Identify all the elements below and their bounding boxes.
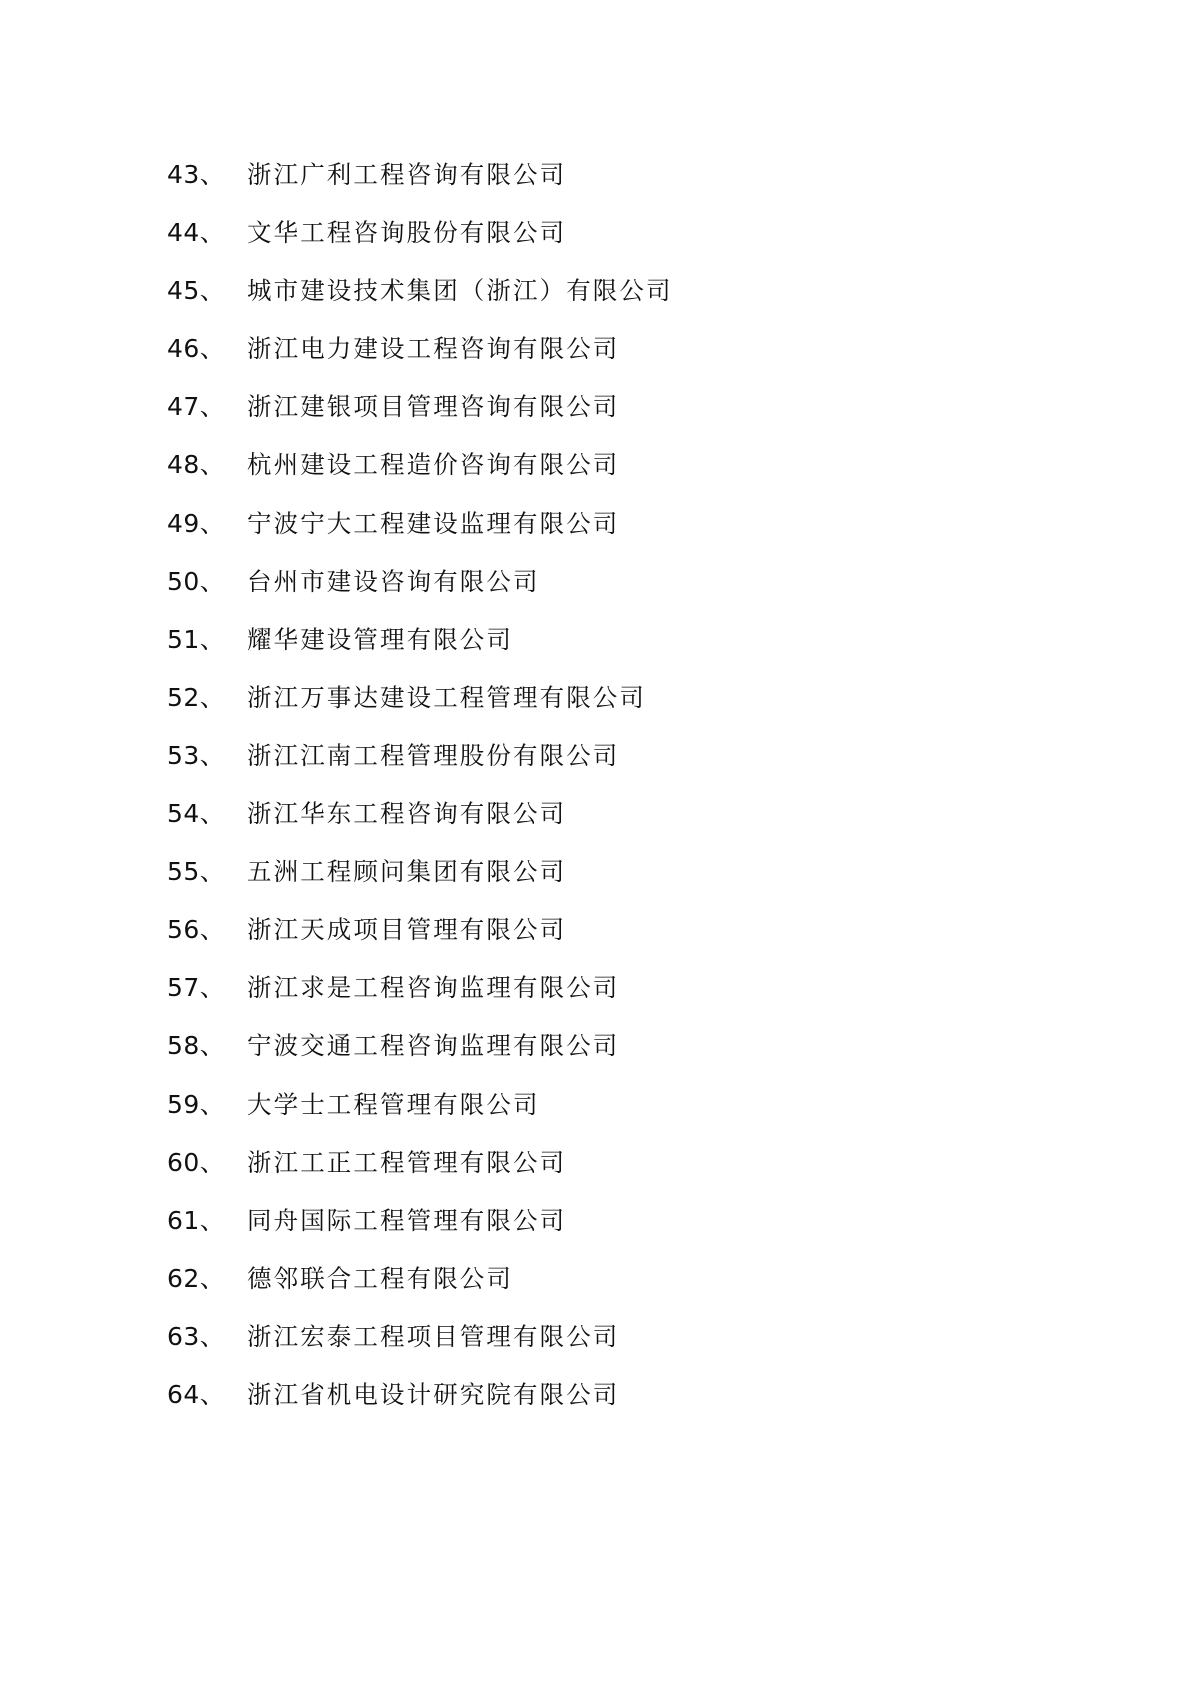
company-name: 大学士工程管理有限公司	[247, 1087, 540, 1123]
company-name: 台州市建设咨询有限公司	[247, 564, 540, 600]
company-name: 宁波宁大工程建设监理有限公司	[247, 506, 619, 542]
list-item: 58、宁波交通工程咨询监理有限公司	[167, 1028, 673, 1086]
item-number: 45、	[167, 273, 247, 309]
company-name: 浙江江南工程管理股份有限公司	[247, 738, 619, 774]
company-name: 浙江宏泰工程项目管理有限公司	[247, 1319, 619, 1355]
company-name: 浙江省机电设计研究院有限公司	[247, 1377, 619, 1413]
list-item: 60、浙江工正工程管理有限公司	[167, 1145, 673, 1203]
list-item: 50、台州市建设咨询有限公司	[167, 564, 673, 622]
list-item: 46、浙江电力建设工程咨询有限公司	[167, 331, 673, 389]
item-number: 58、	[167, 1028, 247, 1064]
company-name: 文华工程咨询股份有限公司	[247, 215, 566, 251]
item-number: 61、	[167, 1203, 247, 1239]
company-name: 浙江广利工程咨询有限公司	[247, 157, 566, 193]
list-item: 56、浙江天成项目管理有限公司	[167, 912, 673, 970]
list-item: 59、大学士工程管理有限公司	[167, 1087, 673, 1145]
list-item: 63、浙江宏泰工程项目管理有限公司	[167, 1319, 673, 1377]
list-item: 45、城市建设技术集团（浙江）有限公司	[167, 273, 673, 331]
company-name: 同舟国际工程管理有限公司	[247, 1203, 566, 1239]
item-number: 46、	[167, 331, 247, 367]
list-item: 44、文华工程咨询股份有限公司	[167, 215, 673, 273]
item-number: 59、	[167, 1087, 247, 1123]
item-number: 55、	[167, 854, 247, 890]
item-number: 51、	[167, 622, 247, 658]
list-item: 61、同舟国际工程管理有限公司	[167, 1203, 673, 1261]
list-item: 62、德邻联合工程有限公司	[167, 1261, 673, 1319]
item-number: 54、	[167, 796, 247, 832]
item-number: 52、	[167, 680, 247, 716]
list-item: 64、浙江省机电设计研究院有限公司	[167, 1377, 673, 1435]
item-number: 53、	[167, 738, 247, 774]
company-name: 浙江工正工程管理有限公司	[247, 1145, 566, 1181]
item-number: 49、	[167, 506, 247, 542]
company-name: 耀华建设管理有限公司	[247, 622, 513, 658]
item-number: 47、	[167, 389, 247, 425]
item-number: 62、	[167, 1261, 247, 1297]
item-number: 63、	[167, 1319, 247, 1355]
company-list: 43、浙江广利工程咨询有限公司 44、文华工程咨询股份有限公司 45、城市建设技…	[167, 157, 673, 1435]
list-item: 55、五洲工程顾问集团有限公司	[167, 854, 673, 912]
list-item: 43、浙江广利工程咨询有限公司	[167, 157, 673, 215]
item-number: 44、	[167, 215, 247, 251]
item-number: 56、	[167, 912, 247, 948]
list-item: 57、浙江求是工程咨询监理有限公司	[167, 970, 673, 1028]
company-name: 浙江万事达建设工程管理有限公司	[247, 680, 646, 716]
item-number: 57、	[167, 970, 247, 1006]
list-item: 52、浙江万事达建设工程管理有限公司	[167, 680, 673, 738]
company-name: 五洲工程顾问集团有限公司	[247, 854, 566, 890]
item-number: 48、	[167, 447, 247, 483]
list-item: 53、浙江江南工程管理股份有限公司	[167, 738, 673, 796]
company-name: 德邻联合工程有限公司	[247, 1261, 513, 1297]
company-name: 浙江华东工程咨询有限公司	[247, 796, 566, 832]
list-item: 49、宁波宁大工程建设监理有限公司	[167, 506, 673, 564]
item-number: 50、	[167, 564, 247, 600]
company-name: 浙江求是工程咨询监理有限公司	[247, 970, 619, 1006]
company-name: 城市建设技术集团（浙江）有限公司	[247, 273, 673, 309]
company-name: 浙江电力建设工程咨询有限公司	[247, 331, 619, 367]
company-name: 杭州建设工程造价咨询有限公司	[247, 447, 619, 483]
company-name: 浙江建银项目管理咨询有限公司	[247, 389, 619, 425]
list-item: 51、耀华建设管理有限公司	[167, 622, 673, 680]
list-item: 47、浙江建银项目管理咨询有限公司	[167, 389, 673, 447]
company-name: 宁波交通工程咨询监理有限公司	[247, 1028, 619, 1064]
document-page: 43、浙江广利工程咨询有限公司 44、文华工程咨询股份有限公司 45、城市建设技…	[0, 0, 1190, 1683]
company-name: 浙江天成项目管理有限公司	[247, 912, 566, 948]
list-item: 48、杭州建设工程造价咨询有限公司	[167, 447, 673, 505]
item-number: 60、	[167, 1145, 247, 1181]
item-number: 43、	[167, 157, 247, 193]
item-number: 64、	[167, 1377, 247, 1413]
list-item: 54、浙江华东工程咨询有限公司	[167, 796, 673, 854]
